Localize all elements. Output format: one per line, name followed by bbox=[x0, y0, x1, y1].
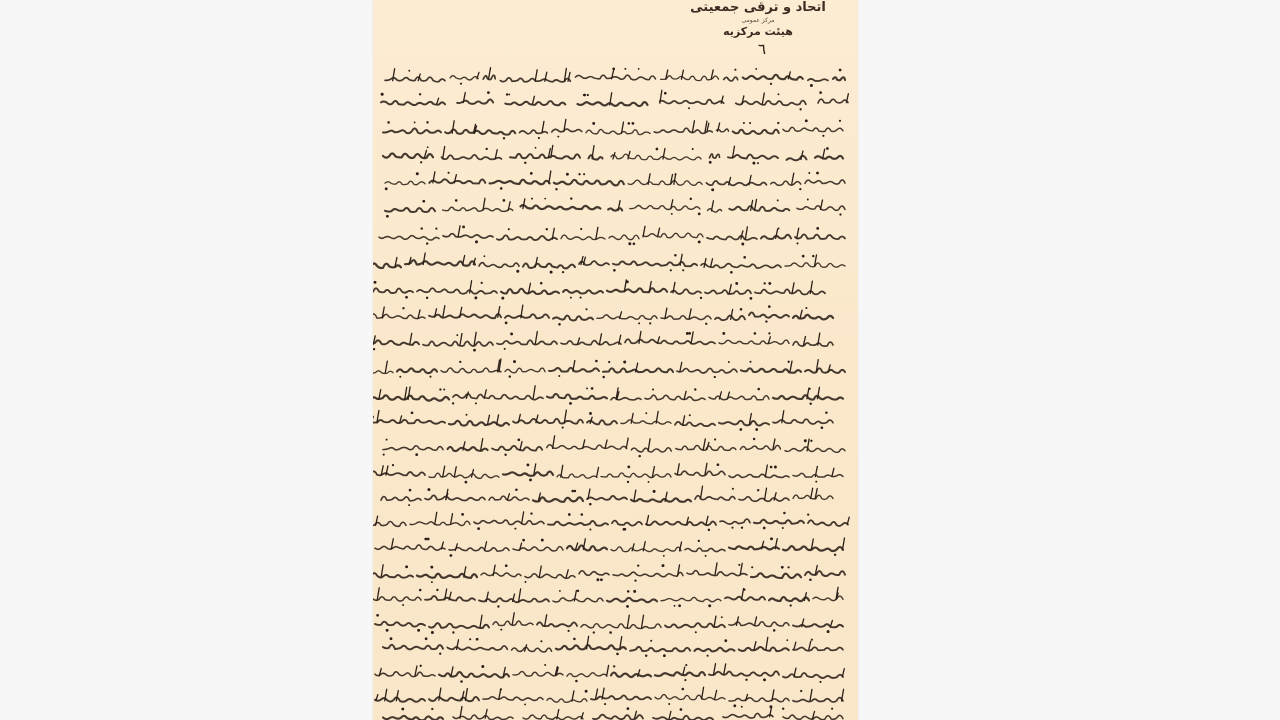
handwritten-line bbox=[383, 119, 843, 139]
handwritten-line bbox=[373, 359, 845, 378]
letter-page: اتحاد و ترقی جمعیتی مرکز عمومی هیئت مرکز… bbox=[373, 0, 858, 720]
handwritten-line bbox=[383, 145, 843, 164]
handwritten-line bbox=[383, 705, 843, 720]
handwritten-line bbox=[375, 613, 843, 634]
handwritten-text bbox=[373, 0, 858, 720]
handwritten-line bbox=[373, 305, 833, 325]
handwritten-line bbox=[373, 587, 843, 607]
handwritten-line bbox=[375, 687, 844, 707]
handwritten-line bbox=[373, 253, 845, 274]
handwritten-line bbox=[379, 226, 845, 246]
handwritten-line bbox=[381, 486, 833, 506]
document-viewer: اتحاد و ترقی جمعیتی مرکز عمومی هیئت مرکز… bbox=[0, 0, 1280, 720]
handwritten-line bbox=[385, 171, 845, 191]
handwritten-line bbox=[373, 410, 833, 431]
handwritten-line bbox=[373, 331, 833, 351]
handwritten-line bbox=[383, 436, 845, 458]
handwritten-line bbox=[373, 386, 843, 405]
handwritten-line bbox=[385, 197, 845, 217]
handwritten-line bbox=[373, 563, 845, 583]
handwritten-line bbox=[381, 90, 849, 110]
handwritten-line bbox=[373, 280, 825, 300]
handwritten-line bbox=[373, 463, 843, 483]
handwritten-line bbox=[373, 512, 849, 531]
handwritten-line bbox=[375, 664, 844, 683]
handwritten-line bbox=[383, 636, 843, 657]
handwritten-line bbox=[385, 68, 845, 87]
handwritten-line bbox=[375, 537, 844, 557]
